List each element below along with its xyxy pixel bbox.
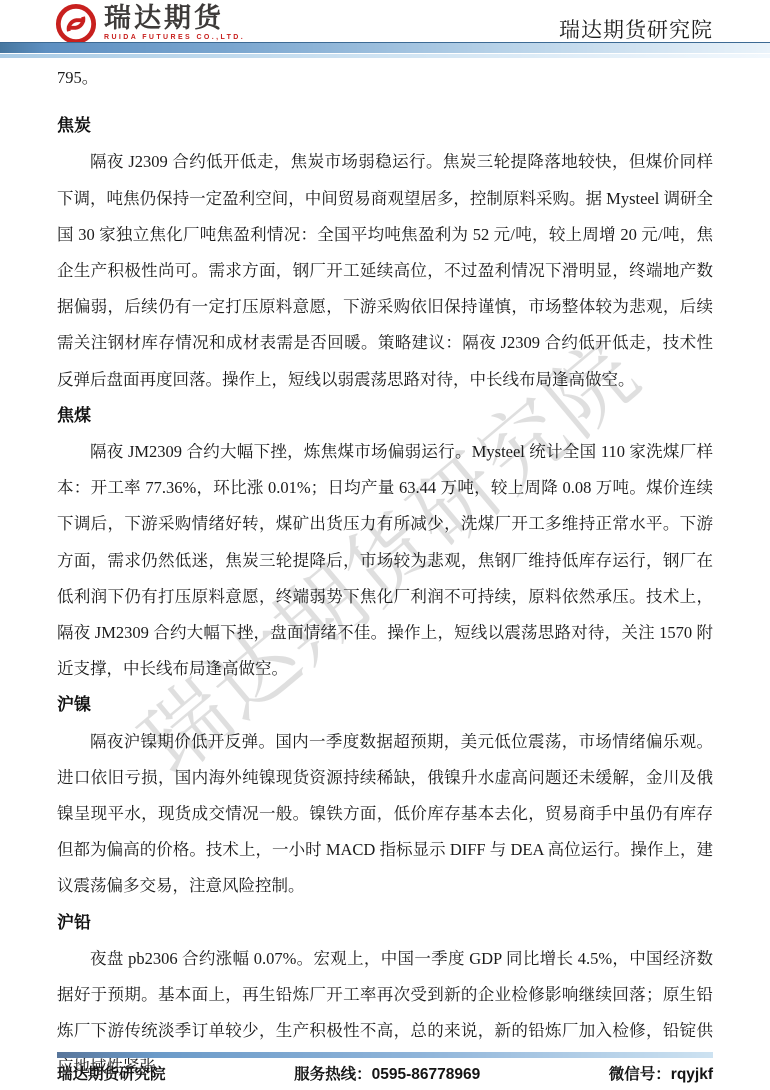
footer-wechat: 微信号：rqyjkf	[609, 1062, 713, 1084]
section-paragraph-coking-coal: 隔夜 JM2309 合约大幅下挫，炼焦煤市场偏弱运行。Mysteel 统计全国 …	[57, 434, 713, 687]
ruida-logo-icon	[54, 3, 98, 45]
footer-divider-bar	[57, 1052, 713, 1058]
header-divider-bar-sub	[0, 54, 770, 58]
section-paragraph-shanghai-nickel: 隔夜沪镍期价低开反弹。国内一季度数据超预期，美元低位震荡，市场情绪偏乐观。进口依…	[57, 724, 713, 905]
brand-name-cn: 瑞达期货	[104, 3, 245, 33]
section-heading-coking-coal: 焦煤	[57, 398, 713, 434]
page-footer: 瑞达期货研究院 服务热线：0595-86778969 微信号：rqyjkf	[57, 1062, 713, 1084]
research-report-page: { "header": { "brand_cn": "瑞达期货", "brand…	[0, 0, 770, 1090]
section-coking-coal: 焦煤 隔夜 JM2309 合约大幅下挫，炼焦煤市场偏弱运行。Mysteel 统计…	[57, 398, 713, 688]
section-shanghai-lead: 沪铅 夜盘 pb2306 合约涨幅 0.07%。宏观上，中国一季度 GDP 同比…	[57, 905, 713, 1086]
section-coke: 焦炭 隔夜 J2309 合约低开低走，焦炭市场弱稳运行。焦炭三轮提降落地较快，但…	[57, 108, 713, 398]
report-body: 795。 焦炭 隔夜 J2309 合约低开低走，焦炭市场弱稳运行。焦炭三轮提降落…	[57, 60, 713, 1086]
section-shanghai-nickel: 沪镍 隔夜沪镍期价低开反弹。国内一季度数据超预期，美元低位震荡，市场情绪偏乐观。…	[57, 687, 713, 904]
header-divider-bar-main	[0, 42, 770, 53]
logo-text-block: 瑞达期货 RUIDA FUTURES CO.,LTD.	[104, 3, 245, 41]
brand-name-en: RUIDA FUTURES CO.,LTD.	[104, 34, 245, 41]
footer-institute: 瑞达期货研究院	[57, 1062, 166, 1084]
footer-hotline: 服务热线：0595-86778969	[294, 1062, 480, 1084]
section-paragraph-coke: 隔夜 J2309 合约低开低走，焦炭市场弱稳运行。焦炭三轮提降落地较快，但煤价同…	[57, 144, 713, 397]
header-institute-title: 瑞达期货研究院	[559, 14, 713, 44]
section-heading-shanghai-lead: 沪铅	[57, 905, 713, 941]
page-header: 瑞达期货 RUIDA FUTURES CO.,LTD. 瑞达期货研究院	[0, 0, 770, 42]
section-heading-shanghai-nickel: 沪镍	[57, 687, 713, 723]
section-heading-coke: 焦炭	[57, 108, 713, 144]
carryover-text-line: 795。	[57, 60, 713, 96]
company-logo: 瑞达期货 RUIDA FUTURES CO.,LTD.	[54, 3, 245, 45]
header-divider-bar	[0, 42, 770, 58]
